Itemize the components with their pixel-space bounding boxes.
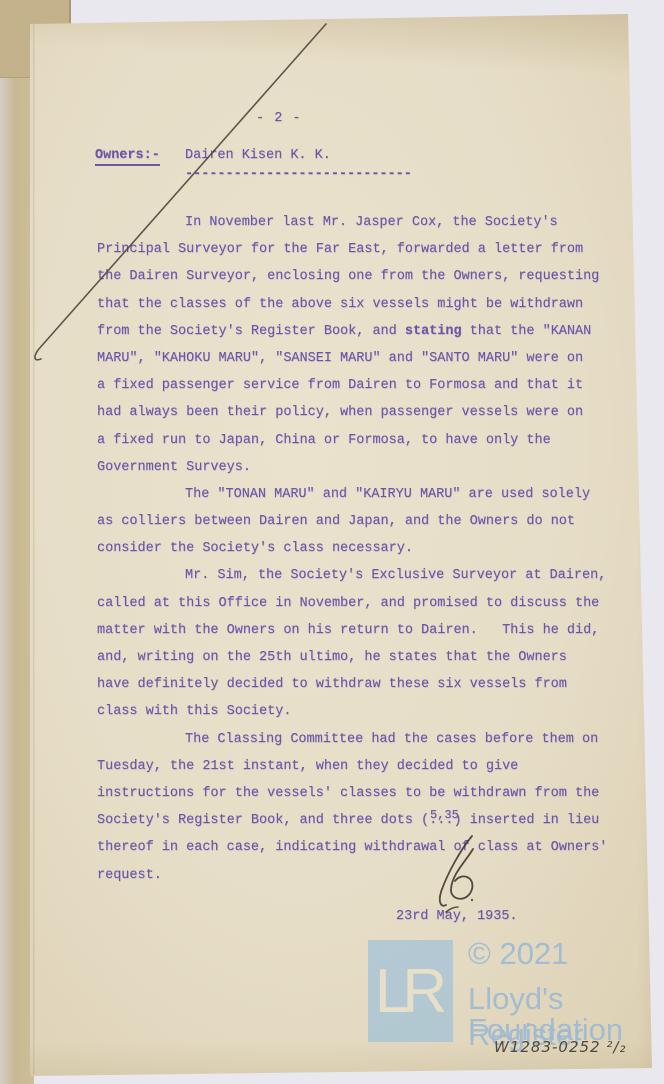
typed-line: a fixed run to Japan, China or Formosa, … [97,427,617,454]
typed-insertion-535: 5,35 [430,808,459,822]
typed-line: Society's Register Book, and three dots … [97,807,617,834]
typed-text-bold-segment: stating [405,324,462,339]
binding-edge-strip [0,0,34,1084]
letter-date: 23rd May, 1935. [396,909,518,924]
archive-reference-handwritten: W1283-0252 ²/₂ [494,1038,626,1056]
owners-name: Dairen Kisen K. K. [185,148,331,163]
letter-body: In November last Mr. Jasper Cox, the Soc… [97,209,617,889]
scanned-letter-photo: - 2 - Owners:- Dairen Kisen K. K. ------… [0,0,664,1084]
typed-line: called at this Office in November, and p… [97,590,617,617]
document-page: - 2 - Owners:- Dairen Kisen K. K. ------… [0,0,664,1084]
lr-logo-letters: LR [375,956,440,1027]
typed-line: Government Surveys. [97,454,617,481]
typed-line: In November last Mr. Jasper Cox, the Soc… [97,209,617,236]
typed-line: The Classing Committee had the cases bef… [97,726,617,753]
typed-line: instructions for the vessels' classes to… [97,780,617,807]
typed-line: class with this Society. [97,698,617,725]
typed-line: request. [97,862,617,889]
typed-line: a fixed passenger service from Dairen to… [97,372,617,399]
typed-line: have definitely decided to withdraw thes… [97,671,617,698]
typed-line: thereof in each case, indicating withdra… [97,834,617,861]
owners-label: Owners:- [95,148,160,166]
typed-line: MARU", "KAHOKU MARU", "SANSEI MARU" and … [97,345,617,372]
page-number: - 2 - [256,111,302,126]
typed-line: The "TONAN MARU" and "KAIRYU MARU" are u… [97,481,617,508]
typed-line: and, writing on the 25th ultimo, he stat… [97,644,617,671]
watermark-copyright: © 2021 [468,936,568,972]
typed-text-segment: from the Society's Register Book, and [97,324,405,339]
typed-line: that the classes of the above six vessel… [97,291,617,318]
lloyds-register-logo: LR [368,940,453,1042]
typed-line: the Dairen Surveyor, enclosing one from … [97,263,617,290]
typed-line: Mr. Sim, the Society's Exclusive Surveyo… [97,562,617,589]
typed-line: Principal Surveyor for the Far East, for… [97,236,617,263]
typed-line: consider the Society's class necessary. [97,535,617,562]
typed-text-segment: that the "KANAN [462,324,592,339]
typed-line: matter with the Owners on his return to … [97,617,617,644]
paper-fold-crease [33,24,35,1074]
typed-line: from the Society's Register Book, and st… [97,318,617,345]
typed-line: as colliers between Dairen and Japan, an… [97,508,617,535]
typed-line: had always been their policy, when passe… [97,399,617,426]
dashed-underline-rule: ---------------------------- [185,167,412,182]
typed-line: Tuesday, the 21st instant, when they dec… [97,753,617,780]
